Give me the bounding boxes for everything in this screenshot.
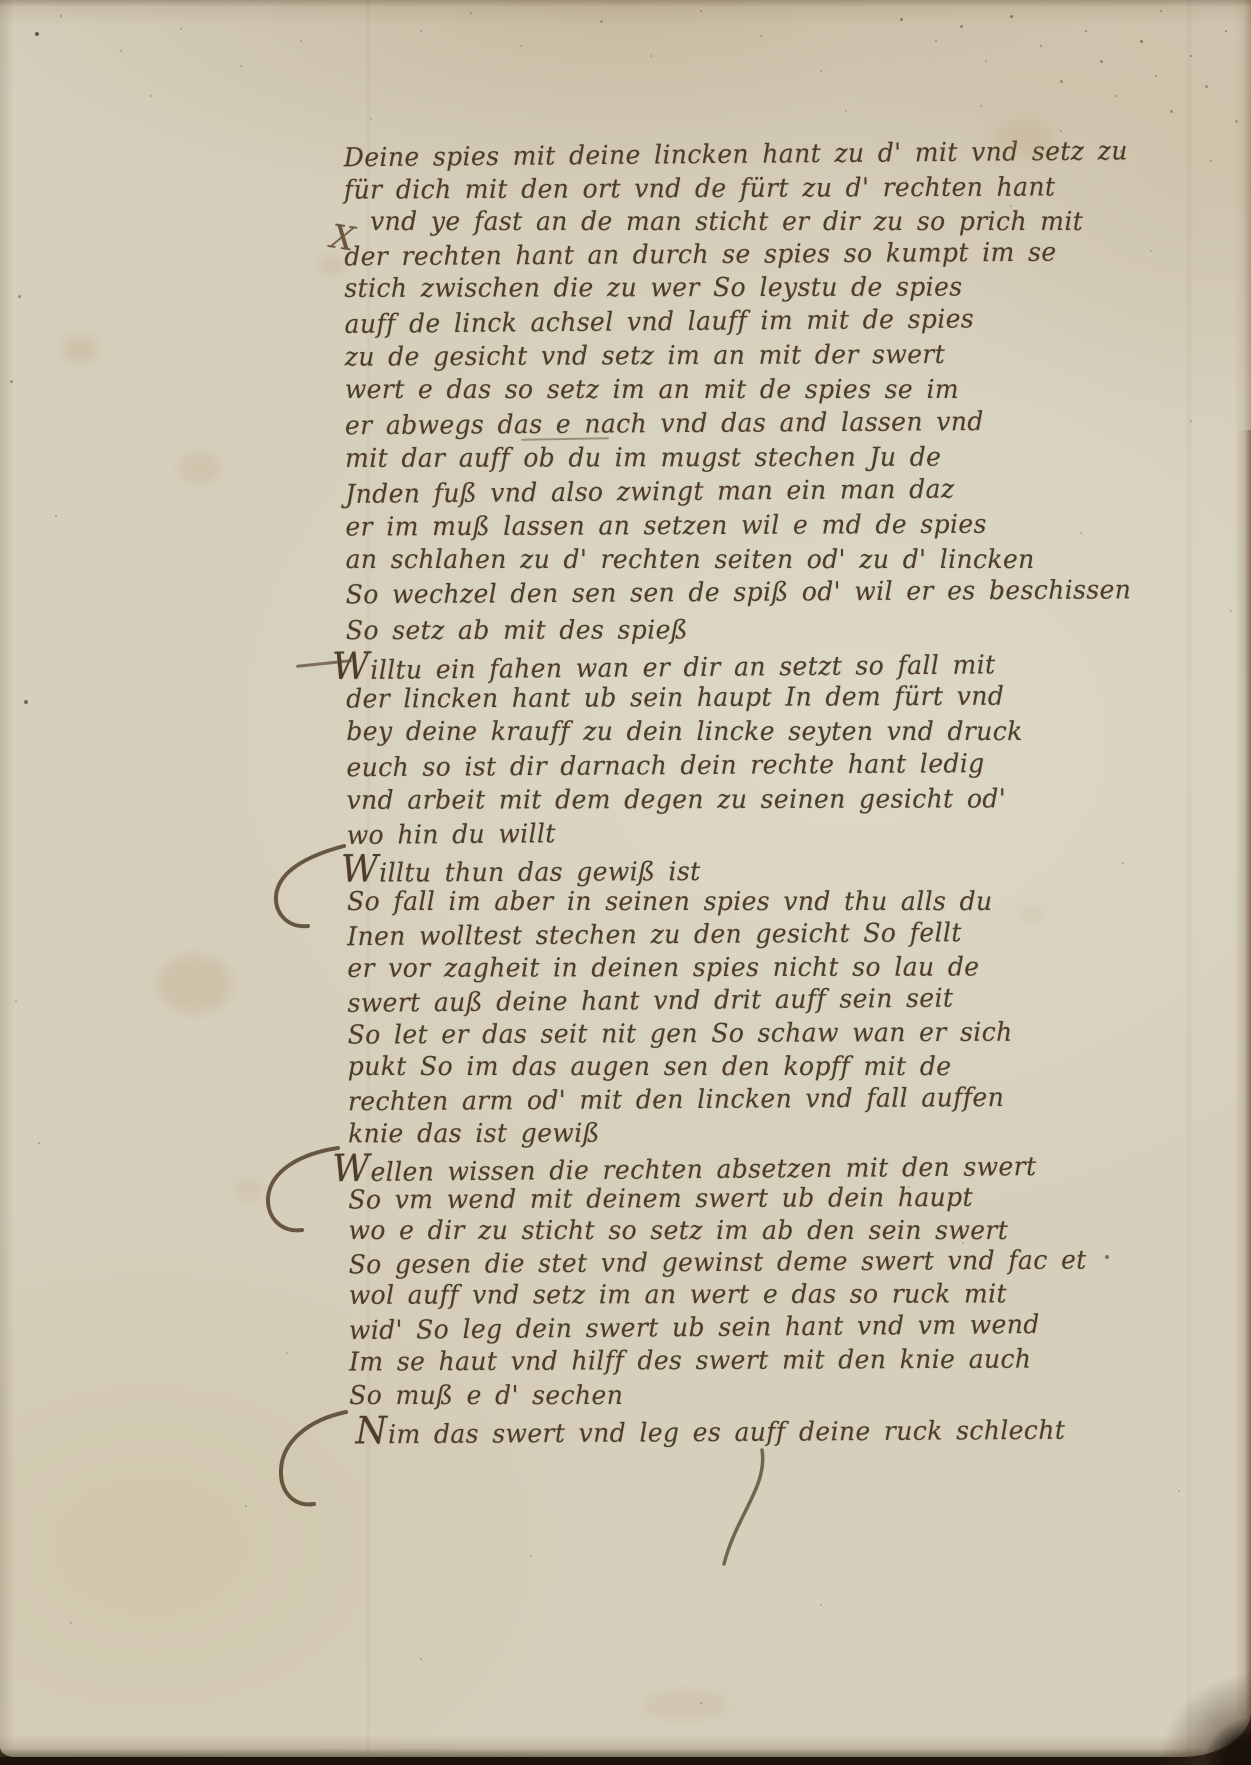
- manuscript-photo: { "manuscript": { "margin_mark": "X", "u…: [0, 0, 1251, 1765]
- manuscript-page: [0, 0, 1251, 1757]
